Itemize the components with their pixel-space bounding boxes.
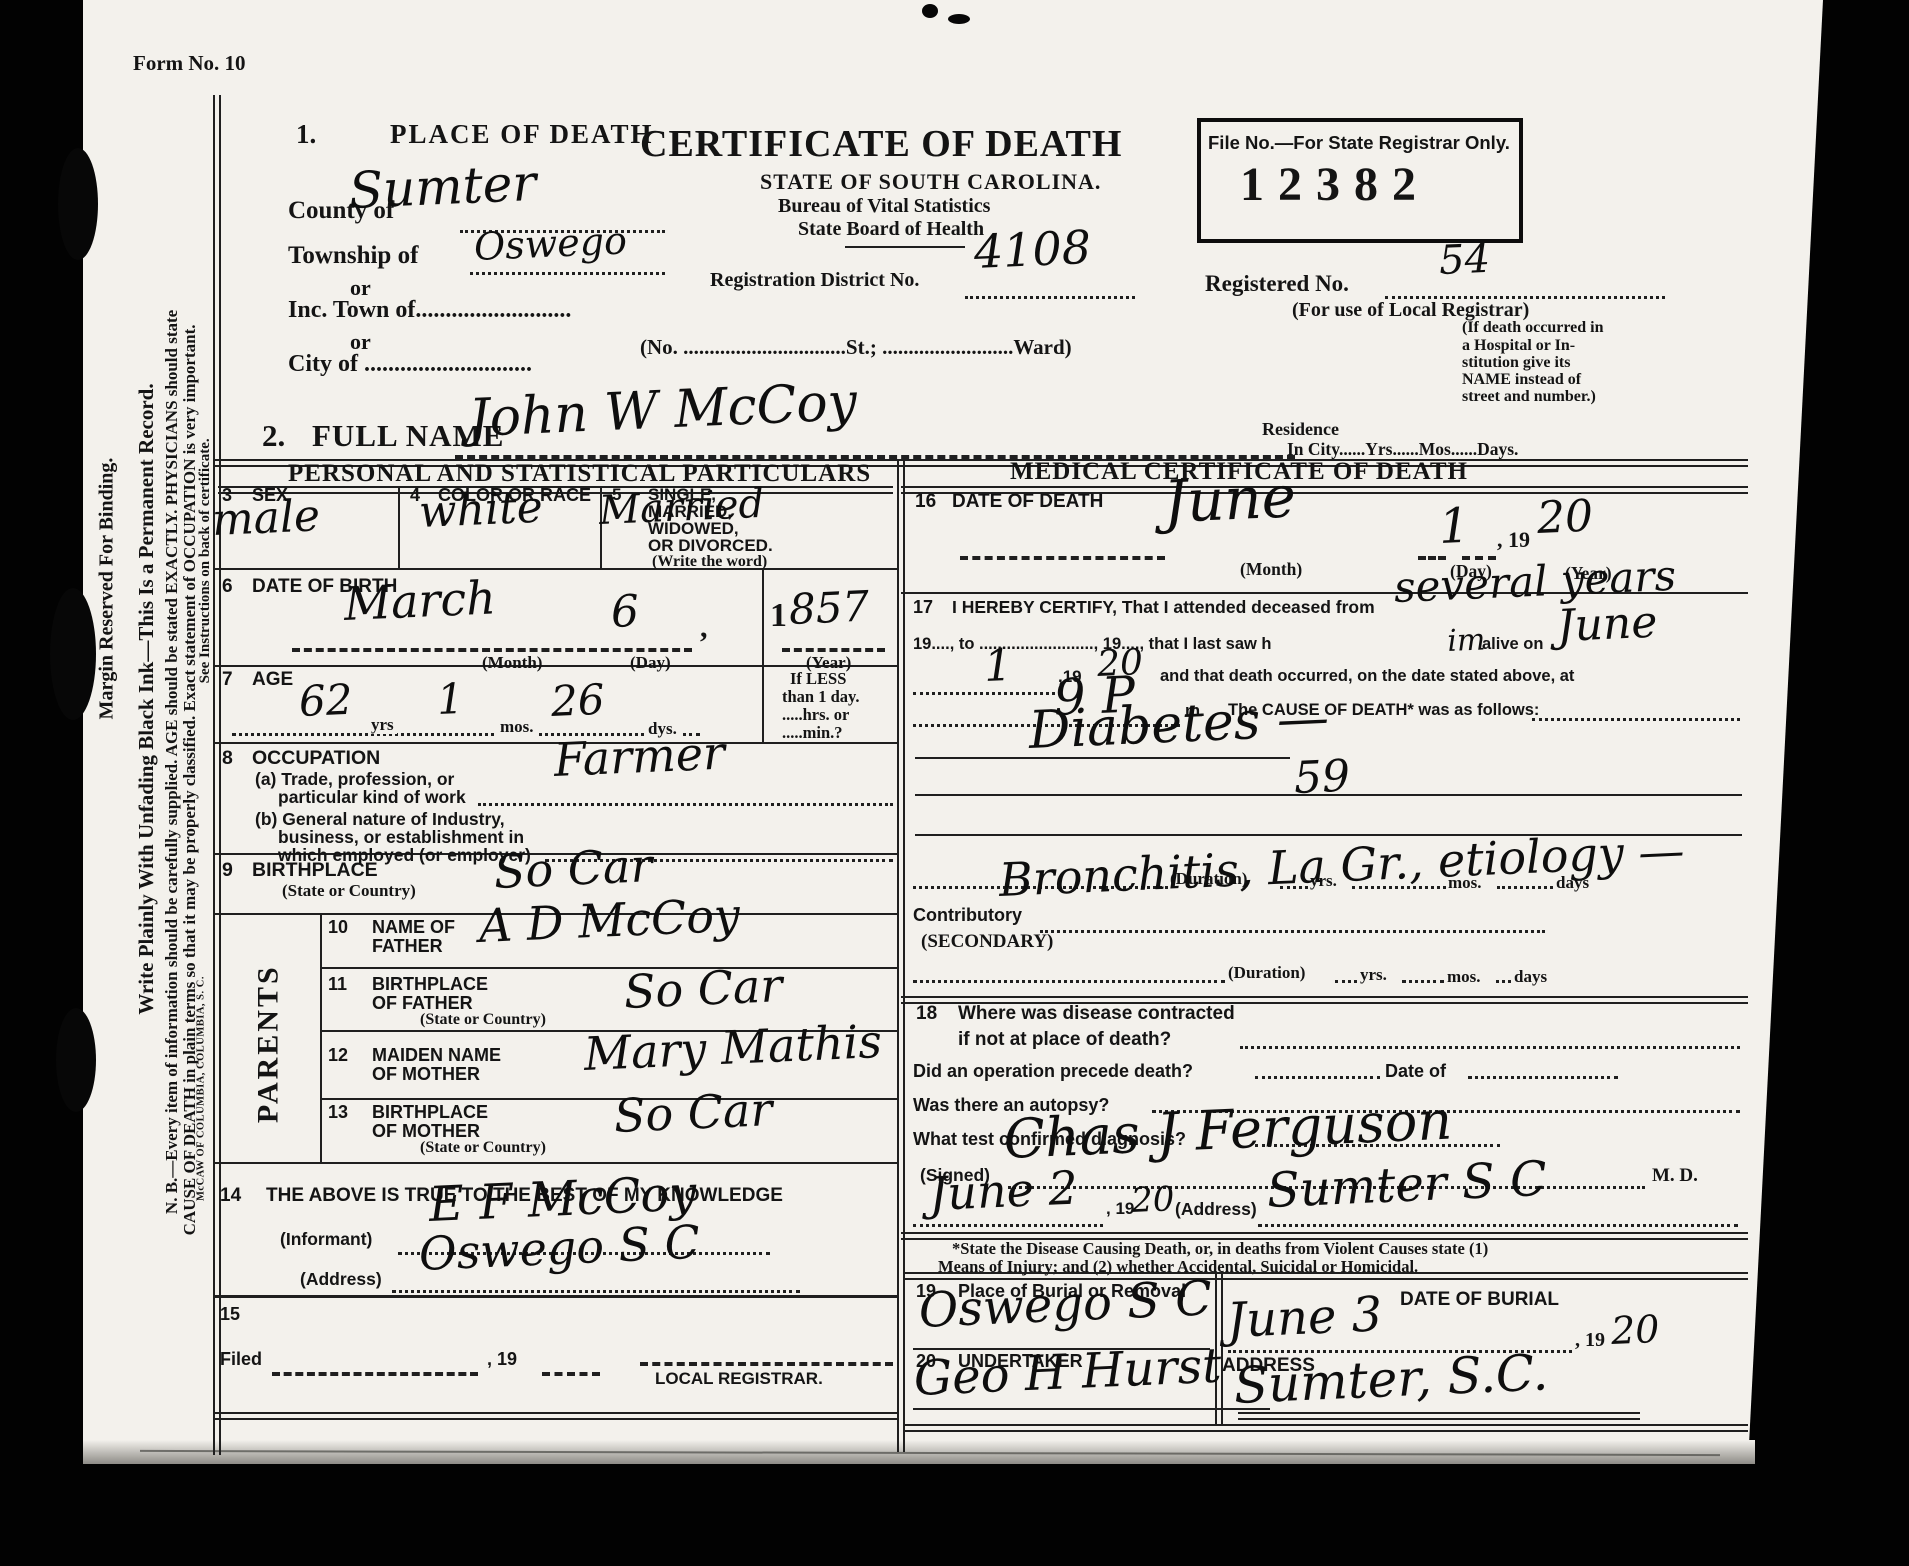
- burial-date-value: June 3: [1226, 1289, 1383, 1346]
- field-number: 7: [222, 670, 233, 690]
- place-title: PLACE OF DEATH: [390, 120, 654, 148]
- form-number: Form No. 10: [133, 52, 246, 74]
- sign-year-prefix: , 19: [1106, 1200, 1134, 1218]
- occupation-a-line: particular kind of work: [278, 788, 466, 806]
- duration-mos-label: mos.: [1447, 968, 1481, 986]
- secondary-label: (SECONDARY): [921, 932, 1053, 952]
- street-ward-line: (No. ...............................St.;…: [640, 336, 1072, 358]
- residence-label: Residence: [1262, 420, 1339, 439]
- scan-speck: [948, 14, 970, 24]
- death-day-value: 1: [1438, 501, 1471, 553]
- field-number: 10: [328, 918, 348, 937]
- md-label: M. D.: [1652, 1166, 1698, 1186]
- age-mos-label: mos.: [497, 718, 537, 736]
- filed-label: Filed: [220, 1350, 262, 1369]
- duration2-leader: [1496, 980, 1511, 983]
- death-month-value: June: [1162, 466, 1297, 533]
- row-rule: [320, 1098, 897, 1100]
- birthplace-value: So Car: [493, 841, 653, 896]
- field-number: 14: [220, 1186, 241, 1206]
- sex-value: male: [211, 493, 321, 544]
- mother-maiden-label: OF MOTHER: [372, 1065, 480, 1084]
- field-number: 6: [222, 577, 233, 597]
- sign-address-leader: [1258, 1224, 1738, 1227]
- occupation-a-leader: [478, 803, 893, 806]
- cell-divider: [762, 568, 764, 742]
- filed-leader: [272, 1372, 478, 1376]
- inc-town-label: Inc. Town of..........................: [288, 298, 571, 323]
- occupation-b-line: business, or establishment in: [278, 828, 524, 846]
- age-days-value: 26: [550, 678, 605, 724]
- informant-address-value: Oswego S C: [418, 1218, 701, 1279]
- column-divider: [897, 459, 905, 1452]
- hospital-note-line: a Hospital or In-: [1462, 338, 1575, 355]
- cause-code-value: 59: [1293, 754, 1351, 803]
- dob-month-value: March: [343, 573, 497, 628]
- mother-maiden-value: Mary Mathis: [583, 1017, 883, 1078]
- dob-month-sub: (Month): [482, 654, 542, 672]
- residence-line: In City......Yrs......Mos......Days.: [1287, 440, 1518, 458]
- margin-printer-credit: McCAW OF COLUMBIA, COLUMBIA, S. C.: [195, 969, 206, 1209]
- registration-district-value: 4108: [973, 223, 1092, 276]
- hospital-note-line: NAME instead of: [1462, 372, 1581, 389]
- township-leader: [470, 272, 665, 275]
- ifless-line: .....min.?: [782, 724, 843, 741]
- death-month-leader: [960, 556, 1165, 560]
- occupation-label: OCCUPATION: [252, 748, 380, 768]
- left-column-bottom-rule: [213, 1412, 897, 1420]
- registration-district-leader: [965, 296, 1135, 299]
- marital-sub-label: (Write the word): [652, 554, 767, 571]
- informant-address-label: (Address): [300, 1270, 382, 1288]
- father-name-value: A D McCoy: [478, 891, 741, 951]
- row-rule: [213, 1162, 897, 1164]
- hospital-note-line: street and number.): [1462, 389, 1596, 406]
- death-year-prefix: , 19: [1497, 528, 1530, 551]
- ifless-line: than 1 day.: [782, 688, 860, 705]
- margin-nb-note-line2: CAUSE OF DEATH in plain terms so that it…: [181, 95, 199, 1465]
- place-number: 1.: [296, 120, 316, 148]
- binding-tear-mark: [56, 1008, 96, 1112]
- burial-box-bottom-rule: [905, 1424, 1748, 1432]
- dob-day-sub: (Day): [630, 654, 671, 672]
- undertaker-value: Geo H Hurst: [913, 1341, 1223, 1405]
- last-saw-day-value: 1: [983, 643, 1013, 690]
- birthplace-label: BIRTHPLACE: [252, 860, 378, 880]
- margin-see-instructions: See Instructions on back of certificate.: [198, 411, 214, 711]
- dob-year-leader: [782, 648, 885, 652]
- duration2-leader: [1402, 980, 1444, 983]
- undertaker-rule: [913, 1408, 1270, 1410]
- row-rule: [213, 1295, 897, 1298]
- or-label: or: [350, 276, 371, 299]
- header-short-rule: [845, 246, 965, 248]
- file-number-value: 12382: [1240, 160, 1430, 210]
- death-year-value: 20: [1536, 494, 1594, 543]
- marital-value: Married: [598, 483, 765, 532]
- cause-of-death-value: Diabetes —: [1028, 691, 1330, 759]
- sign-address-label: (Address): [1175, 1200, 1257, 1218]
- certificate-title: CERTIFICATE OF DEATH: [640, 125, 1122, 165]
- burial-date-label: DATE OF BURIAL: [1400, 1290, 1559, 1310]
- township-label: Township of: [288, 243, 418, 269]
- operation-date-label: Date of: [1385, 1062, 1446, 1081]
- burial-year-prefix: , 19: [1575, 1330, 1605, 1351]
- registrar-signature-leader: [640, 1362, 893, 1366]
- registered-no-value: 54: [1438, 238, 1491, 282]
- sign-year-value: 20: [1130, 1182, 1175, 1220]
- city-label: City of ............................: [288, 352, 532, 377]
- dob-comma: ,: [700, 612, 708, 644]
- death-date-label: DATE OF DEATH: [952, 492, 1103, 512]
- informant-label: (Informant): [280, 1230, 372, 1248]
- age-yrs-label: yrs: [368, 716, 397, 734]
- field-number: 8: [222, 748, 233, 768]
- field-number: 18: [916, 1004, 937, 1024]
- row-rule: [213, 568, 897, 570]
- mother-birthplace-value: So Car: [613, 1085, 773, 1140]
- birthplace-sub: (State or Country): [282, 882, 416, 900]
- filed-year-prefix: , 19: [487, 1350, 517, 1369]
- father-birthplace-value: So Car: [623, 961, 783, 1016]
- field-number: 9: [222, 860, 233, 880]
- footnote-line1: *State the Disease Causing Death, or, in…: [952, 1240, 1488, 1257]
- operation-leader: [1255, 1076, 1380, 1079]
- dob-day-value: 6: [610, 589, 640, 636]
- death-month-sub: (Month): [1240, 560, 1302, 578]
- parents-divider: [320, 913, 322, 1162]
- dob-leader: [292, 648, 692, 652]
- dob-year-printed-1: 1: [770, 598, 787, 634]
- board-line: State Board of Health: [798, 219, 984, 240]
- row-rule: [320, 967, 897, 969]
- disease-contracted-label: Where was disease contracted: [958, 1004, 1235, 1024]
- sign-address-value: Sumter S C: [1266, 1154, 1548, 1217]
- death-day-leader: [1418, 556, 1446, 560]
- duration-days-label: days: [1514, 968, 1547, 986]
- county-value: Sumter: [348, 157, 538, 218]
- disease-contracted-leader: [1240, 1046, 1740, 1049]
- local-registrar-label: LOCAL REGISTRAR.: [655, 1370, 823, 1388]
- operation-date-leader: [1468, 1076, 1618, 1079]
- contributory-leader: [1040, 930, 1545, 933]
- row-rule: [213, 665, 897, 667]
- field-number: 15: [220, 1305, 240, 1324]
- race-value: white: [418, 485, 544, 537]
- state-line: STATE OF SOUTH CAROLINA.: [760, 170, 1101, 193]
- last-saw-day-leader: [913, 692, 1055, 695]
- margin-nb-note-line1: N. B.—Every item of information should b…: [163, 77, 181, 1447]
- bureau-line: Bureau of Vital Statistics: [778, 196, 990, 217]
- father-name-label: FATHER: [372, 937, 443, 956]
- father-birthplace-label: BIRTHPLACE: [372, 975, 488, 994]
- fullname-number: 2.: [262, 420, 285, 453]
- hospital-note-line: (If death occurred in: [1462, 320, 1603, 337]
- cause-rule: [915, 757, 1290, 759]
- mother-birthplace-label: BIRTHPLACE: [372, 1103, 488, 1122]
- informant-address-leader: [392, 1290, 800, 1293]
- binding-tear-mark: [50, 588, 96, 720]
- binding-tear-mark: [58, 148, 98, 260]
- age-months-value: 1: [436, 677, 465, 722]
- occupation-value: Farmer: [553, 729, 726, 785]
- ifless-line: If LESS: [790, 670, 846, 687]
- burial-place-value: Oswego S C: [918, 1273, 1213, 1336]
- ifless-line: .....hrs. or: [782, 706, 849, 723]
- or-label: or: [350, 330, 371, 353]
- parents-label: PARENTS: [252, 924, 284, 1164]
- father-birthplace-sub: (State or Country): [420, 1012, 546, 1029]
- field-number: 16: [915, 492, 936, 512]
- registration-district-label: Registration District No.: [710, 270, 919, 291]
- field-number: 17: [913, 598, 933, 617]
- operation-label: Did an operation precede death?: [913, 1062, 1193, 1081]
- death-certificate-scan: Margin Reserved For Binding. Write Plain…: [0, 0, 1909, 1566]
- sign-date-value: June 2: [928, 1164, 1079, 1219]
- margin-binding-note: Margin Reserved For Binding.: [97, 289, 118, 889]
- cause-label-leader: [1532, 718, 1740, 721]
- pronoun-value: im: [1447, 624, 1486, 657]
- file-number-label: File No.—For State Registrar Only.: [1208, 133, 1510, 152]
- certify-line1: I HEREBY CERTIFY, That I attended deceas…: [952, 598, 1375, 616]
- form-left-border: [213, 95, 221, 1455]
- undertaker-address-value: Sumter, S.C.: [1233, 1346, 1549, 1412]
- occupation-a-line: (a) Trade, profession, or: [255, 770, 454, 788]
- mother-maiden-label: MAIDEN NAME: [372, 1046, 501, 1065]
- filed-year-leader: [542, 1372, 600, 1376]
- age-years-value: 62: [298, 678, 353, 724]
- undertaker-address-rule: [1238, 1412, 1640, 1420]
- field-number: 13: [328, 1103, 348, 1122]
- field-number: 12: [328, 1046, 348, 1065]
- registered-no-label: Registered No.: [1205, 272, 1349, 296]
- township-value: Oswego: [473, 221, 627, 268]
- sign-date-leader: [913, 1224, 1103, 1227]
- father-name-label: NAME OF: [372, 918, 455, 937]
- left-column-title: PERSONAL AND STATISTICAL PARTICULARS: [288, 461, 871, 487]
- dob-year-value: 857: [788, 585, 870, 633]
- certify-line3: and that death occurred, on the date sta…: [1160, 668, 1574, 685]
- contributory-label: Contributory: [913, 906, 1022, 925]
- mother-birthplace-sub: (State or Country): [420, 1140, 546, 1157]
- duration-leader: [1497, 886, 1553, 889]
- occupation-b-line: (b) General nature of Industry,: [255, 810, 505, 828]
- duration2-leader: [1335, 980, 1357, 983]
- duration-label: (Duration): [1228, 964, 1305, 982]
- last-saw-month-value: June: [1556, 600, 1658, 651]
- hospital-note-line: stitution give its: [1462, 355, 1570, 372]
- disease-contracted-label2: if not at place of death?: [958, 1030, 1171, 1050]
- scan-speck: [922, 4, 938, 18]
- duration-yrs-label: yrs.: [1360, 966, 1387, 984]
- cell-divider: [398, 488, 400, 568]
- age-label: AGE: [252, 670, 293, 690]
- for-use-note: (For use of Local Registrar): [1292, 300, 1529, 321]
- duration2-leader: [913, 980, 1225, 983]
- certify-line2b: alive on: [1482, 636, 1543, 653]
- field-number: 11: [328, 975, 347, 994]
- margin-ink-note: Write Plainly With Unfading Black Ink—Th…: [135, 79, 157, 1319]
- certify-line2: 19...., to ........................., 19…: [913, 636, 1272, 653]
- burial-year-value: 20: [1610, 1310, 1660, 1352]
